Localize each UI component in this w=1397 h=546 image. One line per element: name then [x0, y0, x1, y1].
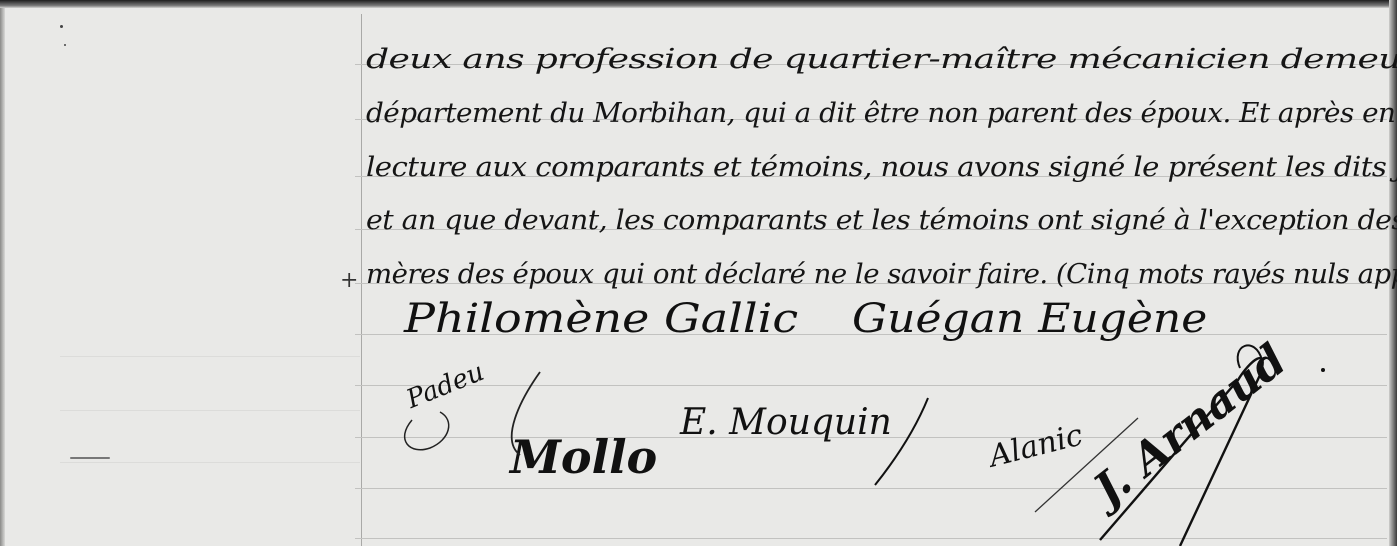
alanic-tail-stroke	[1035, 418, 1138, 512]
registry-page: deux ans profession de quartier-maître m…	[0, 0, 1397, 546]
padeu-loop-stroke	[405, 412, 449, 450]
signature-flourishes	[0, 0, 1397, 546]
mouquin-descender-stroke	[875, 398, 928, 485]
arnaud-stroke	[1100, 358, 1263, 546]
mollo-flourish-stroke	[512, 372, 540, 455]
arnaud-dot	[1321, 368, 1325, 372]
